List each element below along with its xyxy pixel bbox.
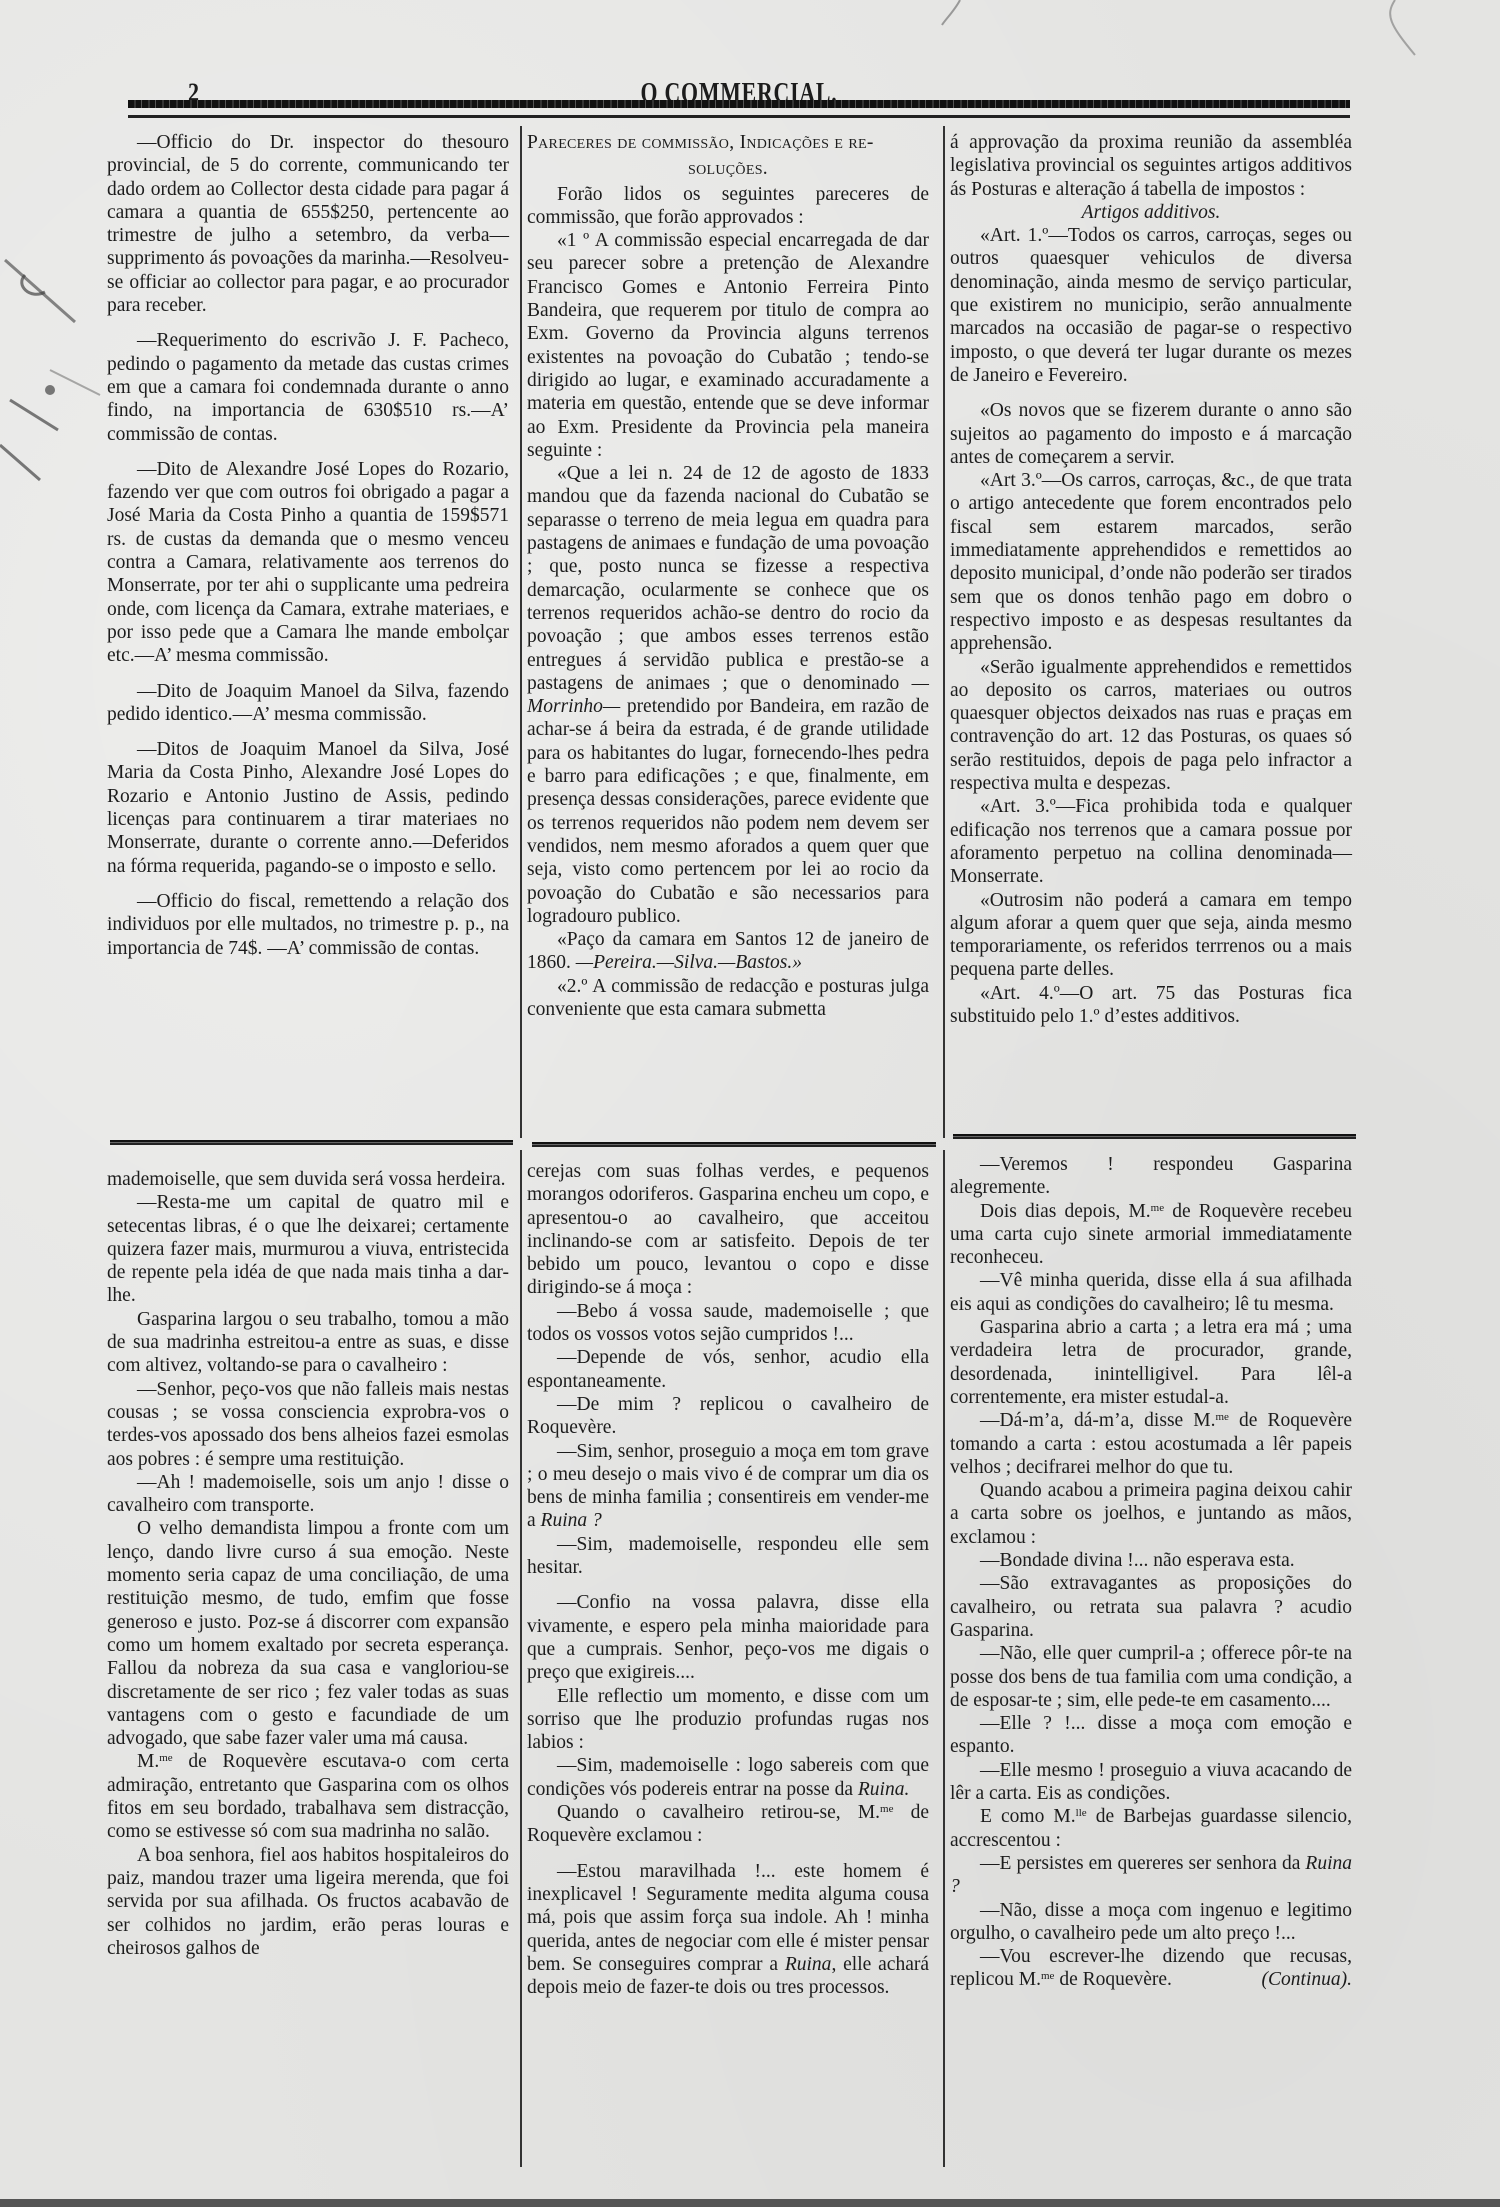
title-abbrev-sup: me — [1216, 1411, 1229, 1423]
continued-note: (Continua). — [1232, 1968, 1352, 1991]
masthead-thin-rule — [128, 115, 1350, 118]
article-paragraph: «Art. 1.º—Todos os carros, carroças, seg… — [950, 224, 1352, 387]
story-paragraph: —Vou escrever-lhe dizendo que recusas, r… — [950, 1945, 1352, 1992]
article-paragraph: —Dito de Alexandre José Lopes do Rozario… — [107, 458, 509, 668]
column-divider — [943, 126, 945, 1138]
story-paragraph: —Estou maravilhada !... este homem é ine… — [527, 1860, 929, 2000]
folhetim-column-2: cerejas com suas folhas verdes, e pequen… — [527, 1160, 929, 1999]
story-paragraph: A boa senhora, fiel aos habitos hospital… — [107, 1844, 509, 1960]
title-abbrev-sup: me — [880, 1803, 893, 1815]
story-paragraph: —Não, elle quer cumpril-a ; offerece pôr… — [950, 1642, 1352, 1712]
story-paragraph: mademoiselle, que sem duvida será vossa … — [107, 1168, 509, 1191]
paragraph-text: de Roquevère escutava-o com certa admira… — [107, 1751, 509, 1842]
article-paragraph: «2.º A commissão de redacção e posturas … — [527, 975, 929, 1022]
article-paragraph: «Art 3.º—Os carros, carroças, &c., de qu… — [950, 469, 1352, 655]
article-signature-paragraph: «Paço da camara em Santos 12 de janeiro … — [527, 928, 929, 975]
section-separator — [110, 1140, 513, 1145]
story-paragraph: —Sim, senhor, proseguio a moça em tom gr… — [527, 1440, 929, 1533]
column-divider — [520, 126, 522, 1138]
paragraph-text: pretendido por Bandeira, em razão de ach… — [527, 696, 929, 927]
section-separator — [953, 1134, 1356, 1139]
title-abbrev: M. — [1128, 1201, 1150, 1222]
ruina-title: Ruina. — [858, 1779, 909, 1800]
section-heading-continued: soluções. — [527, 157, 929, 180]
article-paragraph: —Officio do fiscal, remettendo a relação… — [107, 890, 509, 960]
story-paragraph: —Sim, mademoiselle, respondeu elle sem h… — [527, 1533, 929, 1580]
story-paragraph: Gasparina abrio a carta ; a letra era má… — [950, 1316, 1352, 1409]
title-abbrev: M. — [1193, 1410, 1215, 1431]
title-abbrev-sup: me — [1041, 1970, 1054, 1982]
council-minutes-column-1: —Officio do Dr. inspector do thesouro pr… — [107, 131, 509, 960]
section-heading: Pareceres de commissão, Indicações e re- — [527, 131, 929, 154]
top-pencil-marks-icon — [940, 0, 1500, 70]
pareceres-column: Pareceres de commissão, Indicações e re-… — [527, 131, 929, 1021]
paragraph-text: —Dá-m’a, dá-m’a, disse — [980, 1410, 1183, 1431]
story-paragraph: Elle reflectio um momento, e disse com u… — [527, 1685, 929, 1755]
title-abbrev-sup: me — [159, 1752, 172, 1764]
article-paragraph: Forão lidos os seguintes pareceres de co… — [527, 183, 929, 230]
masthead-heavy-rule — [128, 100, 1350, 108]
story-paragraph: —Sim, mademoiselle : logo sabereis com q… — [527, 1754, 929, 1801]
story-paragraph: —Veremos ! respondeu Gasparina alegremen… — [950, 1153, 1352, 1200]
folhetim-column-3: —Veremos ! respondeu Gasparina alegremen… — [950, 1153, 1352, 1992]
article-paragraph: —Ditos de Joaquim Manoel da Silva, José … — [107, 738, 509, 878]
article-paragraph: «Art. 3.º—Fica prohibida toda e qualquer… — [950, 795, 1352, 888]
story-paragraph: Gasparina largou o seu trabalho, tomou a… — [107, 1308, 509, 1378]
page-bottom-edge — [0, 2199, 1500, 2207]
story-paragraph: M.me de Roquevère escutava-o com certa a… — [107, 1750, 509, 1843]
story-paragraph: —Bondade divina !... não esperava esta. — [950, 1549, 1352, 1572]
story-paragraph: O velho demandista limpou a fronte com u… — [107, 1517, 509, 1750]
story-paragraph: E como M.lle de Barbejas guardasse silen… — [950, 1805, 1352, 1852]
story-paragraph: —Não, disse a moça com ingenuo e legitim… — [950, 1899, 1352, 1946]
story-paragraph: —Dá-m’a, dá-m’a, disse M.me de Roquevère… — [950, 1409, 1352, 1479]
margin-pencil-marks-icon — [0, 230, 110, 510]
article-paragraph: «Serão igualmente apprehendidos e remett… — [950, 656, 1352, 796]
story-paragraph: —Elle mesmo ! proseguio a viuva acacando… — [950, 1759, 1352, 1806]
title-abbrev: M. — [1053, 1806, 1075, 1827]
story-paragraph: —Bebo á vossa saude, mademoiselle ; que … — [527, 1300, 929, 1347]
story-paragraph: —São extravagantes as proposições do cav… — [950, 1572, 1352, 1642]
article-paragraph: «Outrosim não poderá a camara em tempo a… — [950, 889, 1352, 982]
article-paragraph: á approvação da proxima reunião da assem… — [950, 131, 1352, 201]
title-abbrev: M. — [1019, 1969, 1041, 1990]
story-paragraph: —De mim ? replicou o cavalheiro de Roque… — [527, 1393, 929, 1440]
article-paragraph: «Os novos que se fizerem durante o anno … — [950, 399, 1352, 469]
folhetim-column-1: mademoiselle, que sem duvida será vossa … — [107, 1168, 509, 1960]
title-abbrev-sup: lle — [1076, 1807, 1087, 1819]
signatures: —Pereira.—Silva.—Bastos.» — [576, 952, 802, 973]
story-paragraph: —E persistes em quereres ser senhora da … — [950, 1852, 1352, 1899]
title-abbrev-sup: me — [1151, 1202, 1164, 1214]
story-paragraph: —Senhor, peço-vos que não falleis mais n… — [107, 1378, 509, 1471]
title-abbrev: M. — [137, 1751, 159, 1772]
column-divider — [943, 1150, 945, 2167]
paragraph-text: Dois dias depois, — [980, 1201, 1120, 1222]
ruina-title: Ruina — [785, 1954, 832, 1975]
article-paragraph: «Art. 4.º—O art. 75 das Posturas fica su… — [950, 982, 1352, 1029]
story-paragraph: cerejas com suas folhas verdes, e pequen… — [527, 1160, 929, 1300]
story-paragraph: Quando o cavalheiro retirou-se, M.me de … — [527, 1801, 929, 1848]
column-divider — [520, 1150, 522, 2167]
paragraph-text: E como — [980, 1806, 1044, 1827]
article-paragraph: —Officio do Dr. inspector do thesouro pr… — [107, 131, 509, 317]
article-paragraph: —Requerimento do escrivão J. F. Pacheco,… — [107, 329, 509, 445]
article-paragraph: «1 º A commissão especial encarregada de… — [527, 229, 929, 462]
artigos-additivos-column: á approvação da proxima reunião da assem… — [950, 131, 1352, 1028]
ruina-title: Ruina ? — [541, 1510, 602, 1531]
section-separator — [532, 1142, 936, 1147]
story-paragraph: —Vê minha querida, disse ella á sua afil… — [950, 1269, 1352, 1316]
paragraph-text: «Que a lei n. 24 de 12 de agosto de 1833… — [527, 463, 929, 694]
story-paragraph: Quando acabou a primeira pagina deixou c… — [950, 1479, 1352, 1549]
story-paragraph: —Elle ? !... disse a moça com emoção e e… — [950, 1712, 1352, 1759]
subheading: Artigos additivos. — [950, 201, 1352, 224]
paragraph-text: —E persistes em quereres ser senhora da — [980, 1853, 1300, 1874]
paragraph-text: de Roquevère. — [1059, 1969, 1172, 1990]
paragraph-text: Quando o cavalheiro retirou-se, — [557, 1802, 841, 1823]
story-paragraph: —Depende de vós, senhor, acudio ella esp… — [527, 1346, 929, 1393]
title-abbrev: M. — [858, 1802, 880, 1823]
story-paragraph: —Ah ! mademoiselle, sois um anjo ! disse… — [107, 1471, 509, 1518]
story-paragraph: Dois dias depois, M.me de Roquevère rece… — [950, 1200, 1352, 1270]
story-paragraph: —Resta-me um capital de quatro mil e set… — [107, 1191, 509, 1307]
article-paragraph: —Dito de Joaquim Manoel da Silva, fazend… — [107, 680, 509, 727]
story-paragraph: —Confio na vossa palavra, disse ella viv… — [527, 1591, 929, 1684]
article-paragraph: «Que a lei n. 24 de 12 de agosto de 1833… — [527, 462, 929, 928]
newspaper-page: 2 O COMMERCIAL. —Officio do Dr. inspecto… — [0, 0, 1500, 2207]
